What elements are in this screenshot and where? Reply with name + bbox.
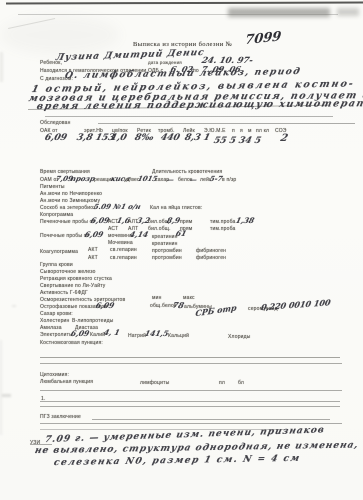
form-label: 1. (41, 396, 46, 402)
oak-soe: 2 (279, 133, 289, 144)
case-number: 7099 (244, 29, 282, 48)
form-label: Сывороточное железо (40, 269, 96, 275)
rule-line (98, 123, 355, 124)
form-label: АСТ (108, 226, 118, 232)
form-label: св.гепарин (110, 247, 137, 253)
form-label: В-липопротеиды (72, 318, 113, 324)
handwritten-value: 4,14 (129, 230, 150, 239)
form-label: ПГЗ заключение (40, 414, 81, 420)
rule-line (40, 406, 340, 407)
form-label: Ретракция кровяного сгустка (40, 276, 112, 282)
acute-phase-date: 6,09 (95, 301, 116, 310)
form-label: Активность Г-6ФДГ (40, 290, 88, 296)
rule-line (40, 423, 342, 424)
form-label: Ан.мочи по Зимницкому (40, 198, 100, 204)
form-label: АКТ (88, 255, 98, 261)
scan-speck (0, 340, 2, 435)
scanned-document-page: Выписка из истории болезни № 7099 Ребено… (0, 0, 363, 500)
form-label: в п/зр (222, 177, 236, 183)
form-label: прям (180, 219, 192, 225)
document-title: Выписка из истории болезни № (133, 41, 232, 48)
handwritten-value: 141,5 (144, 329, 170, 338)
rule-line (40, 357, 340, 358)
form-label: пл (219, 380, 225, 386)
rule-line (40, 363, 342, 364)
form-label: пл кл (256, 128, 269, 134)
form-label: лимфоциты (140, 380, 169, 386)
form-label: Мочевина (108, 240, 133, 246)
handwritten-value: 4, 1 (103, 328, 121, 337)
form-label: Соскоб на энтеробиоз (40, 205, 96, 211)
form-label: бл (238, 380, 244, 386)
rule-line (92, 419, 330, 420)
form-label: Сахар крови: (40, 311, 73, 317)
seromucoid-result: 0,220 0010 100 (260, 297, 331, 312)
form-label: п (232, 128, 235, 134)
renal-date: 6,09 (84, 230, 105, 239)
rule-line (40, 401, 340, 402)
form-label: Кальций (168, 333, 189, 339)
form-label: фибриноген (196, 248, 226, 254)
handwritten-value: — (189, 175, 198, 184)
handwritten-value: прозр (70, 174, 96, 183)
handwritten-value: 8,9 (166, 216, 181, 225)
form-label: Костномозговая пункция: (40, 340, 103, 346)
enterobiasis-result: 5.09 №1 о/н (93, 202, 142, 211)
form-label: Холестерин (40, 318, 70, 324)
electrolytes-date: 6,09 (70, 329, 91, 338)
form-label: фибриноген (196, 255, 226, 261)
form-label: АКТ (88, 247, 98, 253)
rule-line (45, 116, 333, 117)
form-label: я (240, 128, 243, 134)
form-label: Коагулограмма (40, 249, 78, 255)
form-label: бил.общ. (148, 226, 171, 232)
handwritten-value: 61 (175, 229, 188, 238)
form-label: Почечные пробы от (40, 233, 89, 239)
handwritten-value: 1,38 (235, 216, 256, 225)
form-label: Свертывание по Ли-Уайту (40, 283, 105, 289)
rule-line (40, 390, 342, 391)
oak-platelets: 440 (160, 133, 181, 143)
handwritten-value: 1,0 (110, 133, 128, 143)
stamp-smudge (337, 8, 359, 16)
form-label: Люмбальная пункция (40, 379, 93, 385)
scan-speck (0, 52, 3, 82)
form-label: Кал на яйца глистов: (150, 205, 202, 211)
scan-edge-artifact (6, 2, 363, 5)
scan-blotch (0, 15, 120, 55)
form-label: мин (152, 295, 162, 301)
form-label: Ан.мочи по Нечипоренко (40, 191, 102, 197)
form-label: Обследован (40, 120, 71, 126)
form-label: Амилаза (40, 325, 62, 331)
form-label: Цитохимия: (40, 372, 69, 378)
scan-speck (2, 394, 11, 397)
form-label: Копрограмма (40, 212, 73, 218)
form-label: Электролиты (40, 332, 73, 338)
form-label: Группа крови (40, 262, 73, 268)
scan-speck (12, 305, 16, 307)
form-label: креатинин (152, 241, 178, 247)
oak-leuk: 8,3 1 (184, 133, 212, 143)
form-label: Хлориды (228, 334, 251, 340)
handwritten-value: 8‰ (134, 133, 155, 143)
form-label: протромбин (152, 255, 182, 261)
handwritten-value: 55 5 34 5 (213, 136, 262, 146)
form-label: м (248, 128, 252, 134)
oak-date: 6,09 (44, 133, 68, 143)
form-label: Пигменты (40, 184, 65, 190)
uzi-line-3: селезенка N0, размер 1 см. N = 4 см (53, 454, 302, 468)
handwritten-value: — (166, 175, 175, 184)
form-label: св.гепарин (110, 255, 137, 261)
form-label: тим.проба (210, 219, 236, 225)
form-label: тим.проба (210, 226, 236, 232)
diagnosis-line-4: время лечения поддерживающую химиотерапи… (35, 98, 363, 112)
stamp-smudge (228, 8, 330, 17)
form-label: протромбин (152, 248, 182, 254)
form-label: Печеночные пробы от (40, 219, 95, 225)
